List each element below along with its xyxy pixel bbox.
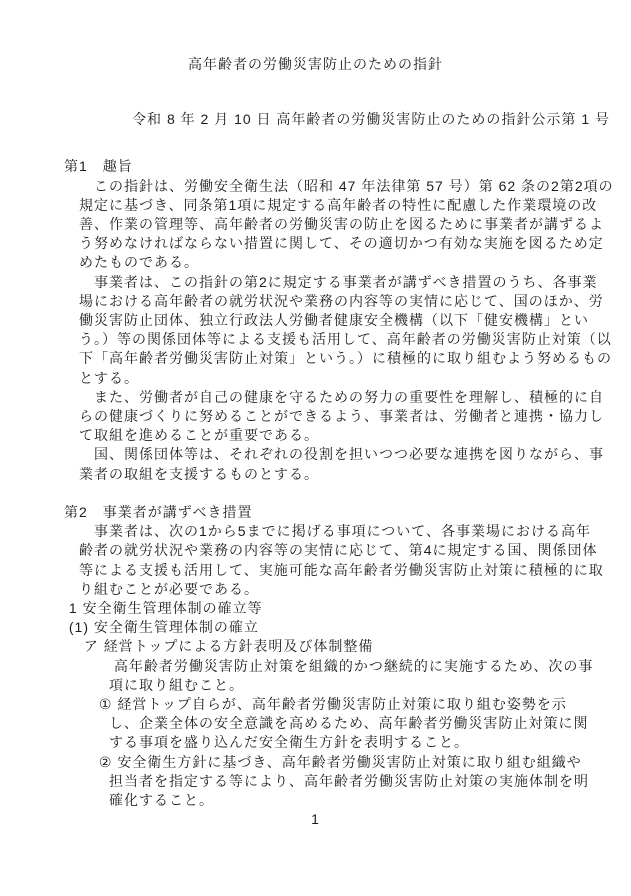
document-line: 事業者は、次の1から5までに掲げる事項について、各事業場における高年 [64,522,613,541]
document-line: 場における高年齢者の就労状況や業務の内容等の実情に応じて、国のほか、労 [64,292,613,311]
document-line: 第2 事業者が講ずべき措置 [64,503,613,522]
document-line: ア 経営トップによる方針表明及び体制整備 [64,637,613,656]
document-line: て取組を進めることが重要である。 [64,426,613,445]
document-line: この指針は、労働安全衛生法（昭和 47 年法律第 57 号）第 62 条の2第2… [64,177,613,196]
document-line: ② 安全衛生方針に基づき、高年齢者労働災害防止対策に取り組む組織や [64,753,613,772]
document-line: う努めなければならない措置に関して、その適切かつ有効な実施を図るため定 [64,234,613,253]
document-line: 国、関係団体等は、それぞれの役割を担いつつ必要な連携を図りながら、事 [64,445,613,464]
document-line: とする。 [64,369,613,388]
document-line: 善、作業の管理等、高年齢者の労働災害の防止を図るために事業者が講ずるよ [64,215,613,234]
document-line: (1) 安全衛生管理体制の確立 [64,618,613,637]
document-line: 1 安全衛生管理体制の確立等 [64,599,613,618]
document-line: 齢者の就労状況や業務の内容等の実情に応じて、第4に規定する国、関係団体 [64,541,613,560]
document-line: 項に取り組むこと。 [64,676,613,695]
document-line: 担当者を指定する等により、高年齢者労働災害防止対策の実施体制を明 [64,772,613,791]
document-line: り組むことが必要である。 [64,580,613,599]
document-line: 第1 趣旨 [64,157,613,176]
document-line: 確化すること。 [64,791,613,810]
document-line: 業者の取組を支援するものとする。 [64,465,613,484]
document-line: 規定に基づき、同条第1項に規定する高年齢者の特性に配慮した作業環境の改 [64,196,613,215]
document-title: 高年齢者の労働災害防止のための指針 [0,55,631,74]
document-page: 高年齢者の労働災害防止のための指針 令和 8 年 2 月 10 日 高年齢者の労… [0,0,631,896]
document-line [64,484,613,503]
document-line: う。）等の関係団体等による支援も活用して、高年齢者の労働災害防止対策（以 [64,330,613,349]
page-number: 1 [0,810,631,829]
document-line: 下「高年齢者労働災害防止対策」という。）に積極的に取り組むよう努めるもの [64,349,613,368]
document-line: し、企業全体の安全意識を高めるため、高年齢者労働災害防止対策に関 [64,714,613,733]
document-line: めたものである。 [64,253,613,272]
document-line: 高年齢者労働災害防止対策を組織的かつ継続的に実施するため、次の事 [64,657,613,676]
publication-date-line: 令和 8 年 2 月 10 日 高年齢者の労働災害防止のための指針公示第 1 号 [0,110,631,129]
document-line: ① 経営トップ自らが、高年齢者労働災害防止対策に取り組む姿勢を示 [64,695,613,714]
document-line: らの健康づくりに努めることができるよう、事業者は、労働者と連携・協力し [64,407,613,426]
document-line: 等による支援も活用して、実施可能な高年齢者労働災害防止対策に積極的に取 [64,561,613,580]
document-line: また、労働者が自己の健康を守るための努力の重要性を理解し、積極的に自 [64,388,613,407]
document-line: する事項を盛り込んだ安全衛生方針を表明すること。 [64,733,613,752]
document-body: 第1 趣旨 この指針は、労働安全衛生法（昭和 47 年法律第 57 号）第 62… [0,157,631,810]
document-line: 働災害防止団体、独立行政法人労働者健康安全機構（以下「健安機構」とい [64,311,613,330]
document-line: 事業者は、この指針の第2に規定する事業者が講ずべき措置のうち、各事業 [64,273,613,292]
